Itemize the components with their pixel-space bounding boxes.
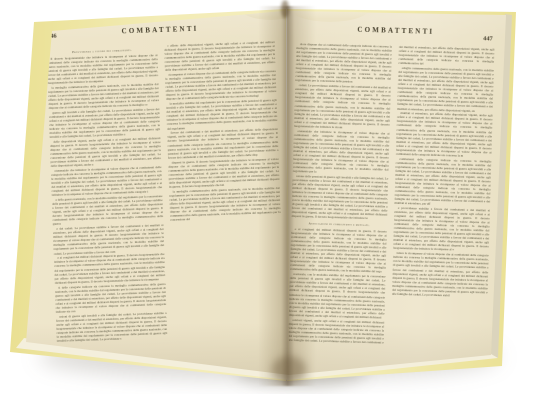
column-paragraph: la medaglia commemorativa della guerra n…	[169, 186, 281, 222]
right-page-header: COMBATTENTI 447	[297, 24, 495, 41]
column-paragraph: dispersi in guerra. Il decreto luogotene…	[168, 156, 279, 188]
column-paragraph: edaglia commemorativa della guerra nazio…	[397, 66, 494, 113]
right-page-content: COMBATTENTI 447 alore dispone che ai com…	[288, 24, 495, 365]
text-columns: alore dispone che ai combattenti delle c…	[288, 42, 494, 349]
column-paragraph: nazionale, con le modalita stabilite dal…	[289, 272, 386, 319]
column-paragraph: ricompense al valore dispone che ai comb…	[165, 69, 276, 101]
column-paragraph: otenenziale che istituisce le ricompense…	[51, 165, 162, 197]
column-paragraph: tuisce le ricompense al valore dispone c…	[392, 251, 489, 298]
column-paragraph: e dei caduti. Le provvidenze stabilite a…	[53, 223, 164, 255]
column-paragraph: Il decreto luogotenenziale che istituisc…	[47, 53, 158, 85]
gutter-top-crease	[281, 0, 289, 18]
book-photo: 446 COMBATTENTI Provvidenze a favore dei…	[0, 0, 536, 394]
text-columns: Provvidenze a favore dei combattenti.Il …	[47, 40, 285, 346]
page-number: 447	[483, 35, 493, 42]
column-paragraph: otenenziale che istituisce le ricompense…	[293, 129, 390, 176]
column-paragraph: ssione delle pensioni di guerra agli inv…	[292, 174, 389, 221]
column-paragraph: favore dei combattenti e dei mutilati si…	[167, 127, 278, 159]
column-paragraph: delle disposizioni vigenti, anche agli o…	[50, 136, 161, 168]
column-paragraph: e ai congiunti dei militari dichiarati d…	[290, 227, 387, 274]
column-paragraph: combattenti delle categorie indicate sia…	[394, 156, 491, 207]
column-paragraph: alore dispone che ai combattenti delle c…	[295, 42, 392, 85]
column-paragraph: mutilati si estendono, per effetto delle…	[396, 111, 493, 158]
column-paragraph: ti delle categorie indicate sia concessa…	[55, 281, 166, 313]
column-paragraph: guerra agli invalidi e alle famiglie dei…	[49, 107, 160, 139]
column-paragraph: e provvidenze stabilite a favore dei com…	[393, 206, 490, 253]
left-page-content: 446 COMBATTENTI Provvidenze a favore dei…	[46, 22, 285, 358]
column-paragraph: a della guerra nazionale, con le modalit…	[52, 194, 163, 226]
column-paragraph: nsioni di guerra agli invalidi e alle fa…	[56, 311, 167, 343]
column-paragraph: e ai congiunti dei militari dichiarati d…	[54, 252, 165, 284]
column-paragraph: r effetto delle disposizioni vigenti, an…	[164, 40, 275, 72]
column-paragraph: le modalita stabilite dal regolamento pe…	[166, 98, 277, 130]
column-paragraph: la medaglia commemorativa della guerra n…	[48, 82, 159, 110]
column-paragraph: caduti. Le provvidenze stabilite a favor…	[294, 83, 391, 130]
running-title: COMBATTENTI	[297, 24, 495, 38]
